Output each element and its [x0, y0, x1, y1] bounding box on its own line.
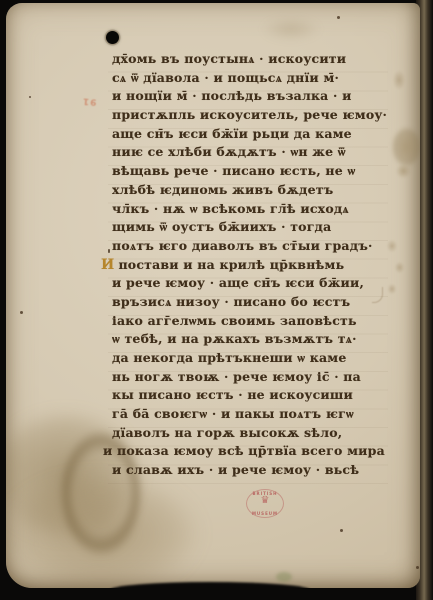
- ink-speck: [416, 566, 419, 569]
- text-block: дх̄омь въ поустынѧ · искоуситисѧ ѿ дїаво…: [112, 50, 382, 480]
- manuscript-line: пристѫпль искоуситель, рече ѥмоу·: [112, 106, 382, 125]
- line-text: сѧ ѿ дїавола · и пощьсѧ днїи м̄·: [112, 70, 339, 85]
- stain-top: [256, 15, 326, 43]
- gold-initial: И: [101, 257, 114, 273]
- manuscript-line: га̄ ба̄ своѥгѡ · и пакы поѧтъ ѥгѡ: [112, 405, 382, 424]
- line-text: постави и на крилѣ цр̄квнѣмь: [118, 257, 344, 272]
- line-text: іако агг̄елѡмь своимь заповѣсть: [112, 313, 357, 328]
- line-text: да некогда прѣтъкнеши ѡ каме: [112, 350, 347, 365]
- wormhole: [106, 31, 119, 44]
- line-text: дїаволъ на горѫ высокѫ ѕѣло,: [112, 425, 342, 440]
- ink-speck: [340, 529, 343, 532]
- stain-right-margin-2: [395, 163, 412, 179]
- line-text: и нощїи м̄ · послѣдь възалка · и: [112, 88, 352, 103]
- line-text: вѣщавь рече · писано ѥсть, не ѡ: [112, 163, 355, 178]
- page-bottom-edge-wave: [110, 582, 310, 588]
- manuscript-line: да некогда прѣтъкнеши ѡ каме: [112, 349, 382, 368]
- manuscript-line: аще сн̄ъ ѥси бж̄їи рьци да каме: [112, 125, 382, 144]
- manuscript-line: Ипостави и на крилѣ цр̄квнѣмь: [112, 256, 382, 275]
- manuscript-line: іако агг̄елѡмь своимь заповѣсть: [112, 312, 382, 331]
- line-text: ниѥ се хлѣби бѫдѫтъ · ѡн же ѿ: [112, 144, 346, 159]
- line-text: ѡ тебѣ, и на рѫкахъ възмѫтъ тѧ·: [112, 331, 357, 346]
- show-through-mark: [386, 239, 398, 253]
- manuscript-line: и нощїи м̄ · послѣдь възалка · и: [112, 87, 382, 106]
- line-text: поѧтъ ѥго диаволъ въ ст̄ыи градъ·: [112, 238, 373, 253]
- manuscript-line: чл̄къ · нѫ ѡ всѣкомь гл̄ѣ исходѧ: [112, 200, 382, 219]
- manuscript-line: кы писано ѥстъ · не искоусиши: [112, 386, 382, 405]
- line-text: хлѣбѣ ѥдиномь живъ бѫдетъ: [112, 182, 333, 197]
- parchment-page: 91 дх̄омь въ поустынѧ · искоуситисѧ ѿ дї…: [6, 3, 420, 588]
- line-text: чл̄къ · нѫ ѡ всѣкомь гл̄ѣ исходѧ: [112, 201, 349, 216]
- margin-comma-mark: [108, 249, 110, 253]
- manuscript-line: хлѣбѣ ѥдиномь живъ бѫдетъ: [112, 181, 382, 200]
- british-museum-stamp: BRITISH ♛ MUSEUM: [246, 489, 284, 518]
- ink-speck: [337, 16, 340, 19]
- manuscript-line: ѡ тебѣ, и на рѫкахъ възмѫтъ тѧ·: [112, 330, 382, 349]
- folio-number: 91: [82, 95, 97, 106]
- line-text: щимь ѿ оустъ бж̄иихъ · тогда: [112, 219, 331, 234]
- line-text: дх̄омь въ поустынѧ · искоусити: [112, 51, 346, 66]
- line-text: пристѫпль искоуситель, рече ѥмоу·: [112, 107, 387, 122]
- line-text: аще сн̄ъ ѥси бж̄їи рьци да каме: [112, 126, 352, 141]
- line-text: кы писано ѥстъ · не искоусиши: [112, 387, 353, 402]
- manuscript-line: щимь ѿ оустъ бж̄иихъ · тогда: [112, 218, 382, 237]
- manuscript-line: вѣщавь рече · писано ѥсть, не ѡ: [112, 162, 382, 181]
- stamp-text-bottom: MUSEUM: [247, 511, 283, 516]
- show-through-mark: [392, 69, 406, 91]
- manuscript-line: дїаволъ на горѫ высокѫ ѕѣло,: [112, 424, 382, 443]
- stain-right-margin: [390, 125, 420, 169]
- manuscript-line: ниѥ се хлѣби бѫдѫтъ · ѡн же ѿ: [112, 143, 382, 162]
- line-text: и славѫ ихъ · и рече ѥмоу · вьсѣ: [112, 462, 359, 477]
- line-text: нь ногѫ твоѭ · рече ѥмоу іс̄ · па: [112, 369, 361, 384]
- show-through-mark: [394, 261, 405, 274]
- manuscript-line: сѧ ѿ дїавола · и пощьсѧ днїи м̄·: [112, 69, 382, 88]
- manuscript-line: и показа ѥмоу всѣ цр̄твїа всего мира: [103, 442, 382, 461]
- line-text: га̄ ба̄ своѥгѡ · и пакы поѧтъ ѥгѡ: [112, 406, 354, 421]
- manuscript-line: поѧтъ ѥго диаволъ въ ст̄ыи градъ·: [112, 237, 382, 256]
- crown-icon: ♛: [247, 496, 283, 506]
- line-text: и рече ѥмоу · аще сн̄ъ ѥси бж̄ии,: [112, 275, 364, 290]
- ink-speck: [20, 311, 23, 314]
- ink-speck: [29, 96, 31, 98]
- manuscript-line: и рече ѥмоу · аще сн̄ъ ѥси бж̄ии,: [112, 274, 382, 293]
- manuscript-line: връзисѧ низоу · писано бо ѥстъ: [112, 293, 382, 312]
- manuscript-line: нь ногѫ твоѭ · рече ѥмоу іс̄ · па: [112, 368, 382, 387]
- stain-bottom-green: [276, 572, 292, 582]
- line-text: връзисѧ низоу · писано бо ѥстъ: [112, 294, 350, 309]
- show-through-mark: [387, 283, 397, 295]
- line-text: и показа ѥмоу всѣ цр̄твїа всего мира: [103, 443, 385, 458]
- manuscript-line: дх̄омь въ поустынѧ · искоусити: [112, 50, 382, 69]
- manuscript-line: и славѫ ихъ · и рече ѥмоу · вьсѣ: [112, 461, 382, 480]
- manuscript-photo: 91 дх̄омь въ поустынѧ · искоуситисѧ ѿ дї…: [0, 0, 433, 600]
